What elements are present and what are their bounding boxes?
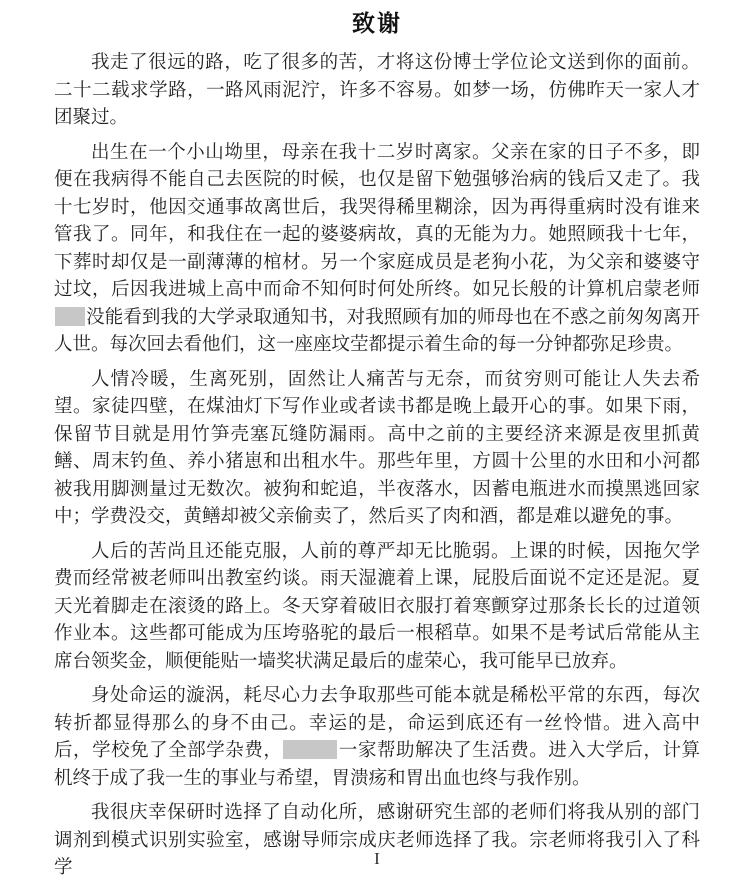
paragraph: 出生在一个小山坳里，母亲在我十二岁时离家。父亲在家的日子不多，即便在我病得不能自…: [54, 140, 700, 360]
paragraph: 人情冷暖，生离死别，固然让人痛苦与无奈，而贫穷则可能让人失去希望。家徒四壁，在煤…: [54, 367, 700, 532]
page-number: I: [0, 849, 754, 869]
paragraph-text: 人情冷暖，生离死别，固然让人痛苦与无奈，而贫穷则可能让人失去希望。家徒四壁，在煤…: [54, 370, 700, 528]
redaction-box: [55, 307, 85, 326]
paragraph: 身处命运的漩涡，耗尽心力去争取那些可能本就是稀松平常的东西，每次转折都显得那么的…: [54, 683, 700, 793]
redaction-box: [283, 740, 337, 759]
acknowledgement-body: 我走了很远的路，吃了很多的苦，才将这份博士学位论文送到你的面前。二十二载求学路，…: [54, 50, 700, 876]
paragraph-text: 我走了很远的路，吃了很多的苦，才将这份博士学位论文送到你的面前。二十二载求学路，…: [54, 53, 700, 128]
paragraph: 人后的苦尚且还能克服，人前的尊严却无比脆弱。上课的时候，因拖欠学费而经常被老师叫…: [54, 539, 700, 677]
page-title: 致谢: [0, 0, 754, 38]
paragraph: 我走了很远的路，吃了很多的苦，才将这份博士学位论文送到你的面前。二十二载求学路，…: [54, 50, 700, 133]
paragraph-text: 人后的苦尚且还能克服，人前的尊严却无比脆弱。上课的时候，因拖欠学费而经常被老师叫…: [54, 542, 700, 672]
paragraph-text: 没能看到我的大学录取通知书，对我照顾有加的师母也在不惑之前匆匆离开人世。每次回去…: [54, 308, 700, 356]
document-page: 致谢 我走了很远的路，吃了很多的苦，才将这份博士学位论文送到你的面前。二十二载求…: [0, 0, 754, 876]
paragraph-text: 出生在一个小山坳里，母亲在我十二岁时离家。父亲在家的日子不多，即便在我病得不能自…: [54, 143, 700, 301]
